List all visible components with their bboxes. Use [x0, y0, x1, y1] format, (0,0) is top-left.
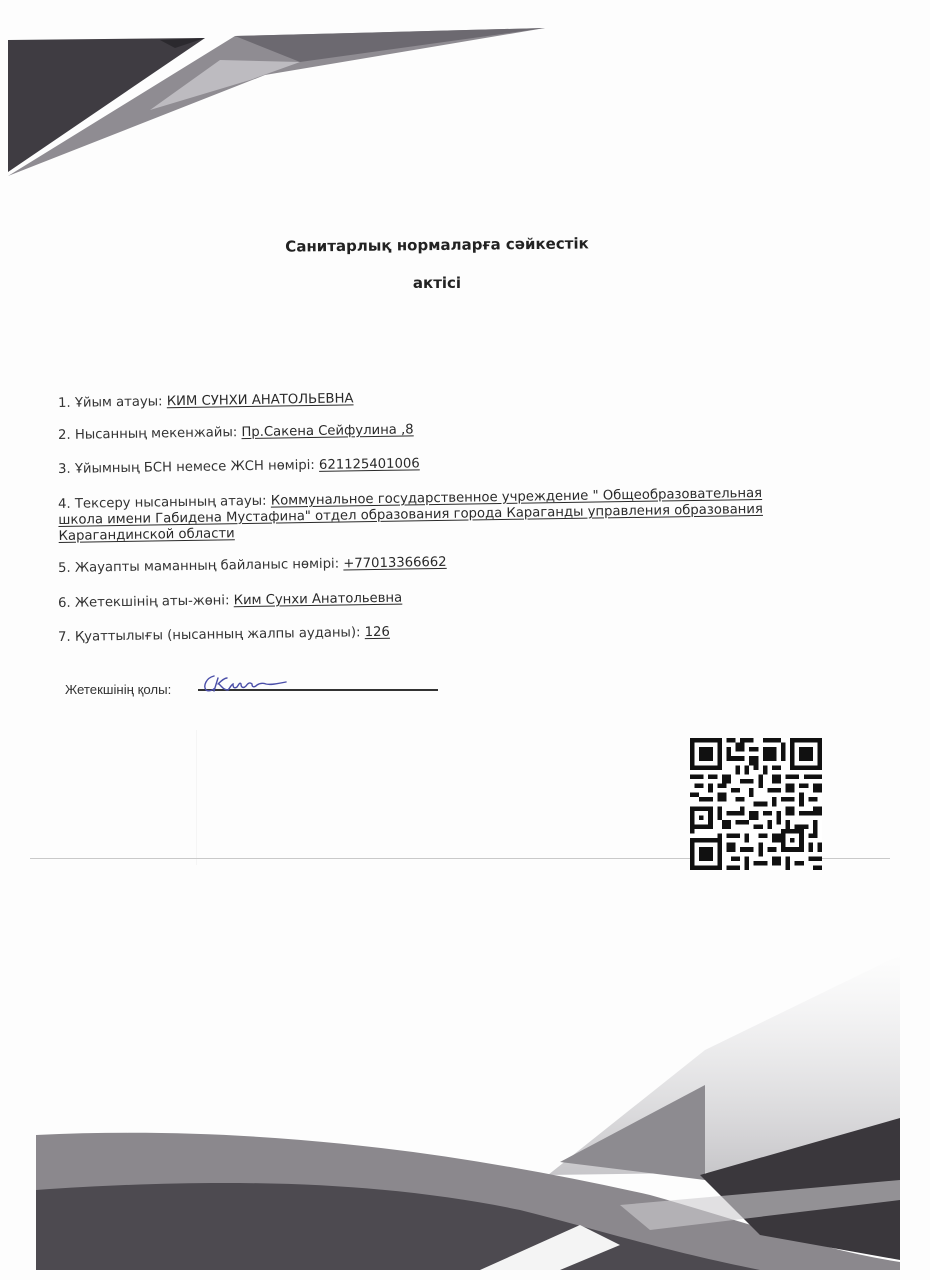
field-value: 621125401006 — [319, 456, 420, 473]
field-label: 3. Ұйымның БСН немесе ЖСН нөмірі: — [58, 458, 319, 477]
qr-code — [690, 738, 822, 870]
field-label: 7. Қуаттылығы (нысанның жалпы ауданы): — [58, 625, 365, 645]
field-label: 1. Ұйым атауы: — [58, 394, 167, 411]
field-label: 6. Жетекшінің аты-жөні: — [58, 593, 234, 611]
field-manager-name: 6. Жетекшінің аты-жөні: Ким Сунхи Анатол… — [58, 591, 402, 612]
field-inspection-object: 4. Тексеру нысанының атауы: Коммунальное… — [58, 485, 799, 545]
document-title: Санитарлық нормаларға сәйкестік — [0, 231, 874, 258]
top-decoration — [0, 0, 930, 200]
field-value: +77013366662 — [343, 555, 447, 572]
faded-bleedthrough — [68, 730, 197, 865]
field-value: 126 — [365, 625, 390, 640]
handwritten-signature — [200, 672, 295, 694]
document-subtitle: актісі — [0, 274, 874, 292]
field-label: 5. Жауапты маманның байланыс нөмірі: — [58, 557, 343, 576]
field-value: КИМ СУНХИ АНАТОЛЬЕВНА — [167, 391, 354, 409]
field-contact-number: 5. Жауапты маманның байланыс нөмірі: +77… — [58, 555, 447, 577]
field-bin-iin: 3. Ұйымның БСН немесе ЖСН нөмірі: 621125… — [58, 456, 420, 478]
field-capacity: 7. Қуаттылығы (нысанның жалпы ауданы): 1… — [58, 625, 390, 646]
field-organization-name: 1. Ұйым атауы: КИМ СУНХИ АНАТОЛЬЕВНА — [58, 391, 354, 412]
signature-label: Жетекшінің қолы: — [65, 682, 171, 697]
field-value: Пр.Сакена Сейфулина ,8 — [241, 422, 413, 440]
field-label: 2. Нысанның мекенжайы: — [58, 425, 242, 443]
field-address: 2. Нысанның мекенжайы: Пр.Сакена Сейфули… — [58, 422, 414, 444]
field-value: Ким Сунхи Анатольевна — [234, 591, 403, 609]
